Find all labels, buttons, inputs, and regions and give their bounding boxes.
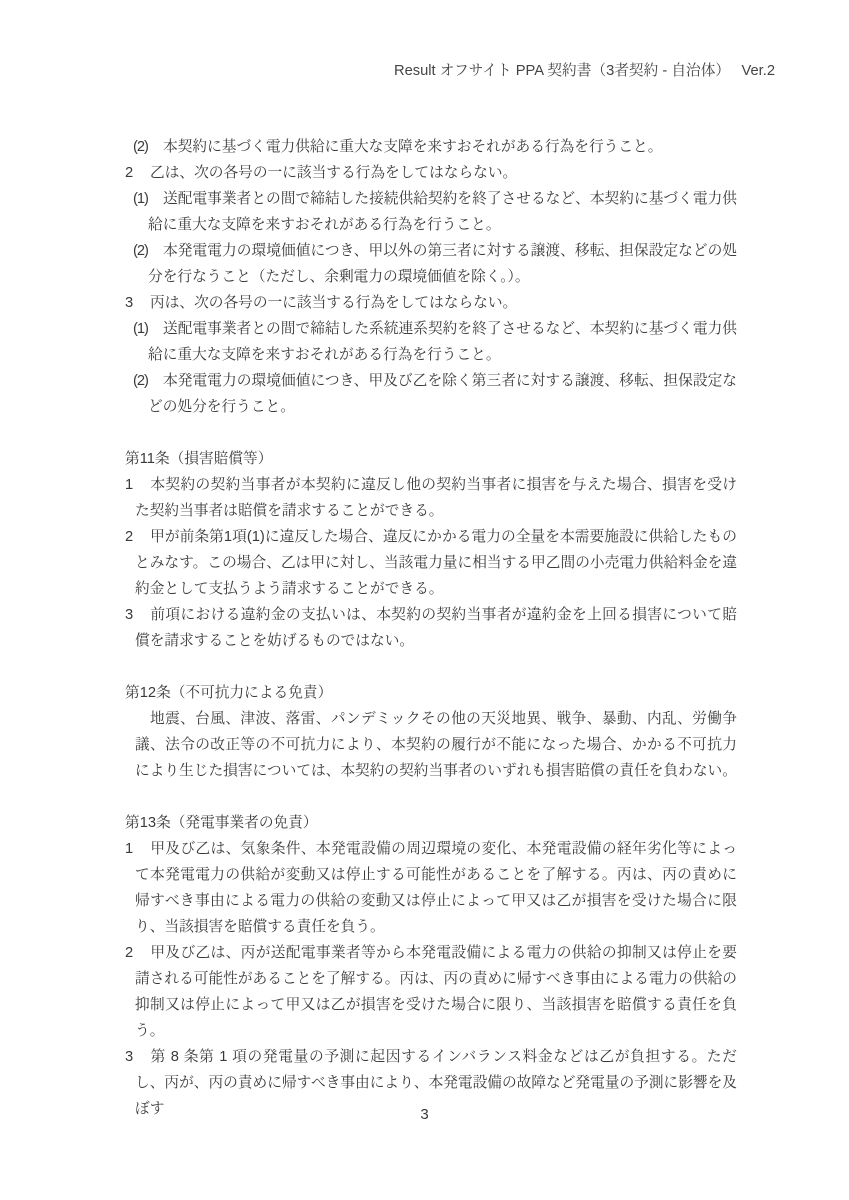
clause-marker: 2 bbox=[125, 160, 150, 186]
clause-text: 送配電事業者との間で締結した接続供給契約を終了させるなど、本契約に基づく電力供給… bbox=[148, 191, 737, 233]
clause-text: 甲及び乙は、気象条件、本発電設備の周辺環境の変化、本発電設備の経年劣化等によって… bbox=[135, 841, 737, 935]
clause-subitem: (2)本契約に基づく電力供給に重大な支障を来すおそれがある行為を行うこと。 bbox=[148, 134, 737, 160]
clause-text: 本契約の契約当事者が本契約に違反し他の契約当事者に損害を与えた場合、損害を受けた… bbox=[135, 477, 737, 519]
clause-text: 本発電電力の環境価値につき、甲及び乙を除く第三者に対する譲渡、移転、担保設定など… bbox=[148, 373, 737, 415]
clause-marker: 2 bbox=[125, 940, 150, 966]
clause-item: 1本契約の契約当事者が本契約に違反し他の契約当事者に損害を与えた場合、損害を受け… bbox=[135, 472, 737, 524]
clause-marker: (2) bbox=[133, 368, 163, 394]
clause-subitem: (1)送配電事業者との間で締結した接続供給契約を終了させるなど、本契約に基づく電… bbox=[148, 186, 737, 238]
clause-text: 本契約に基づく電力供給に重大な支障を来すおそれがある行為を行うこと。 bbox=[163, 139, 662, 155]
clause-item: 3丙は、次の各号の一に該当する行為をしてはならない。 bbox=[135, 290, 737, 316]
clause-text: 送配電事業者との間で締結した系統連系契約を終了させるなど、本契約に基づく電力供給… bbox=[148, 321, 737, 363]
clause-text: 甲及び乙は、丙が送配電事業者等から本発電設備による電力の供給の抑制又は停止を要請… bbox=[135, 945, 737, 1039]
clause-item: 2乙は、次の各号の一に該当する行為をしてはならない。 bbox=[135, 160, 737, 186]
clause-item: 3前項における違約金の支払いは、本契約の契約当事者が違約金を上回る損害について賠… bbox=[135, 602, 737, 654]
clause-subitem: (1)送配電事業者との間で締結した系統連系契約を終了させるなど、本契約に基づく電… bbox=[148, 316, 737, 368]
clause-text: 本発電電力の環境価値につき、甲以外の第三者に対する譲渡、移転、担保設定などの処分… bbox=[148, 243, 737, 285]
article-12-heading: 第12条（不可抗力による免責） bbox=[125, 680, 737, 706]
clause-marker: 3 bbox=[125, 602, 150, 628]
clause-marker: (1) bbox=[133, 316, 163, 342]
clause-text: 乙は、次の各号の一に該当する行為をしてはならない。 bbox=[150, 165, 517, 181]
clause-subitem: (2)本発電電力の環境価値につき、甲以外の第三者に対する譲渡、移転、担保設定など… bbox=[148, 238, 737, 290]
clause-marker: 2 bbox=[125, 524, 150, 550]
page-number: 3 bbox=[0, 1106, 849, 1123]
contract-body: (2)本契約に基づく電力供給に重大な支障を来すおそれがある行為を行うこと。 2乙… bbox=[125, 134, 737, 1122]
article-13-heading: 第13条（発電事業者の免責） bbox=[125, 810, 737, 836]
clause-marker: 1 bbox=[125, 836, 150, 862]
clause-marker: 1 bbox=[125, 472, 150, 498]
clause-text: 前項における違約金の支払いは、本契約の契約当事者が違約金を上回る損害について賠償… bbox=[135, 607, 737, 649]
clause-text: 甲が前条第1項(1)に違反した場合、違反にかかる電力の全量を本需要施設に供給した… bbox=[135, 529, 737, 597]
clause-paragraph: 地震、台風、津波、落雷、パンデミックその他の天災地異、戦争、暴動、内乱、労働争議… bbox=[135, 706, 737, 784]
clause-item: 1甲及び乙は、気象条件、本発電設備の周辺環境の変化、本発電設備の経年劣化等によっ… bbox=[135, 836, 737, 940]
clause-subitem: (2)本発電電力の環境価値につき、甲及び乙を除く第三者に対する譲渡、移転、担保設… bbox=[148, 368, 737, 420]
clause-marker: 3 bbox=[125, 290, 150, 316]
clause-marker: (1) bbox=[133, 186, 163, 212]
clause-item: 2甲及び乙は、丙が送配電事業者等から本発電設備による電力の供給の抑制又は停止を要… bbox=[135, 940, 737, 1044]
clause-text: 丙は、次の各号の一に該当する行為をしてはならない。 bbox=[150, 295, 517, 311]
article-11-heading: 第11条（損害賠償等） bbox=[125, 446, 737, 472]
document-page: Result オフサイト PPA 契約書（3者契約 - 自治体） Ver.2 (… bbox=[0, 0, 849, 1200]
document-header-title: Result オフサイト PPA 契約書（3者契約 - 自治体） Ver.2 bbox=[394, 60, 775, 82]
clause-marker: 3 bbox=[125, 1044, 150, 1070]
clause-item: 2甲が前条第1項(1)に違反した場合、違反にかかる電力の全量を本需要施設に供給し… bbox=[135, 524, 737, 602]
clause-marker: (2) bbox=[133, 238, 163, 264]
clause-marker: (2) bbox=[133, 134, 163, 160]
